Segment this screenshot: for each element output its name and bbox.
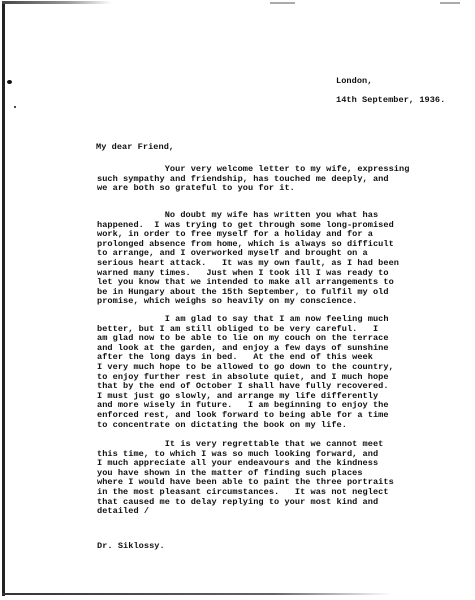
scan-left-border	[2, 2, 5, 596]
letter-paragraph-4: It is very regrettable that we cannot me…	[97, 440, 394, 517]
letter-paragraph-1: Your very welcome letter to my wife, exp…	[97, 165, 409, 194]
letter-recipient: Dr. Siklossy.	[97, 542, 165, 552]
scan-speck	[270, 2, 295, 4]
scan-speck	[440, 2, 460, 4]
punch-hole-mark	[7, 80, 12, 84]
letter-place: London,	[336, 77, 372, 87]
scan-bottom-border	[2, 593, 392, 595]
scan-top-border	[2, 1, 112, 4]
letter-paragraph-2: No doubt my wife has written you what ha…	[97, 211, 399, 307]
letter-date: 14th September, 1936.	[336, 96, 445, 106]
scan-speck	[14, 106, 16, 108]
letter-salutation: My dear Friend,	[96, 143, 174, 153]
letter-paragraph-3: I am glad to say that I am now feeling m…	[97, 315, 394, 430]
letter-page: London, 14th September, 1936. My dear Fr…	[0, 0, 475, 600]
